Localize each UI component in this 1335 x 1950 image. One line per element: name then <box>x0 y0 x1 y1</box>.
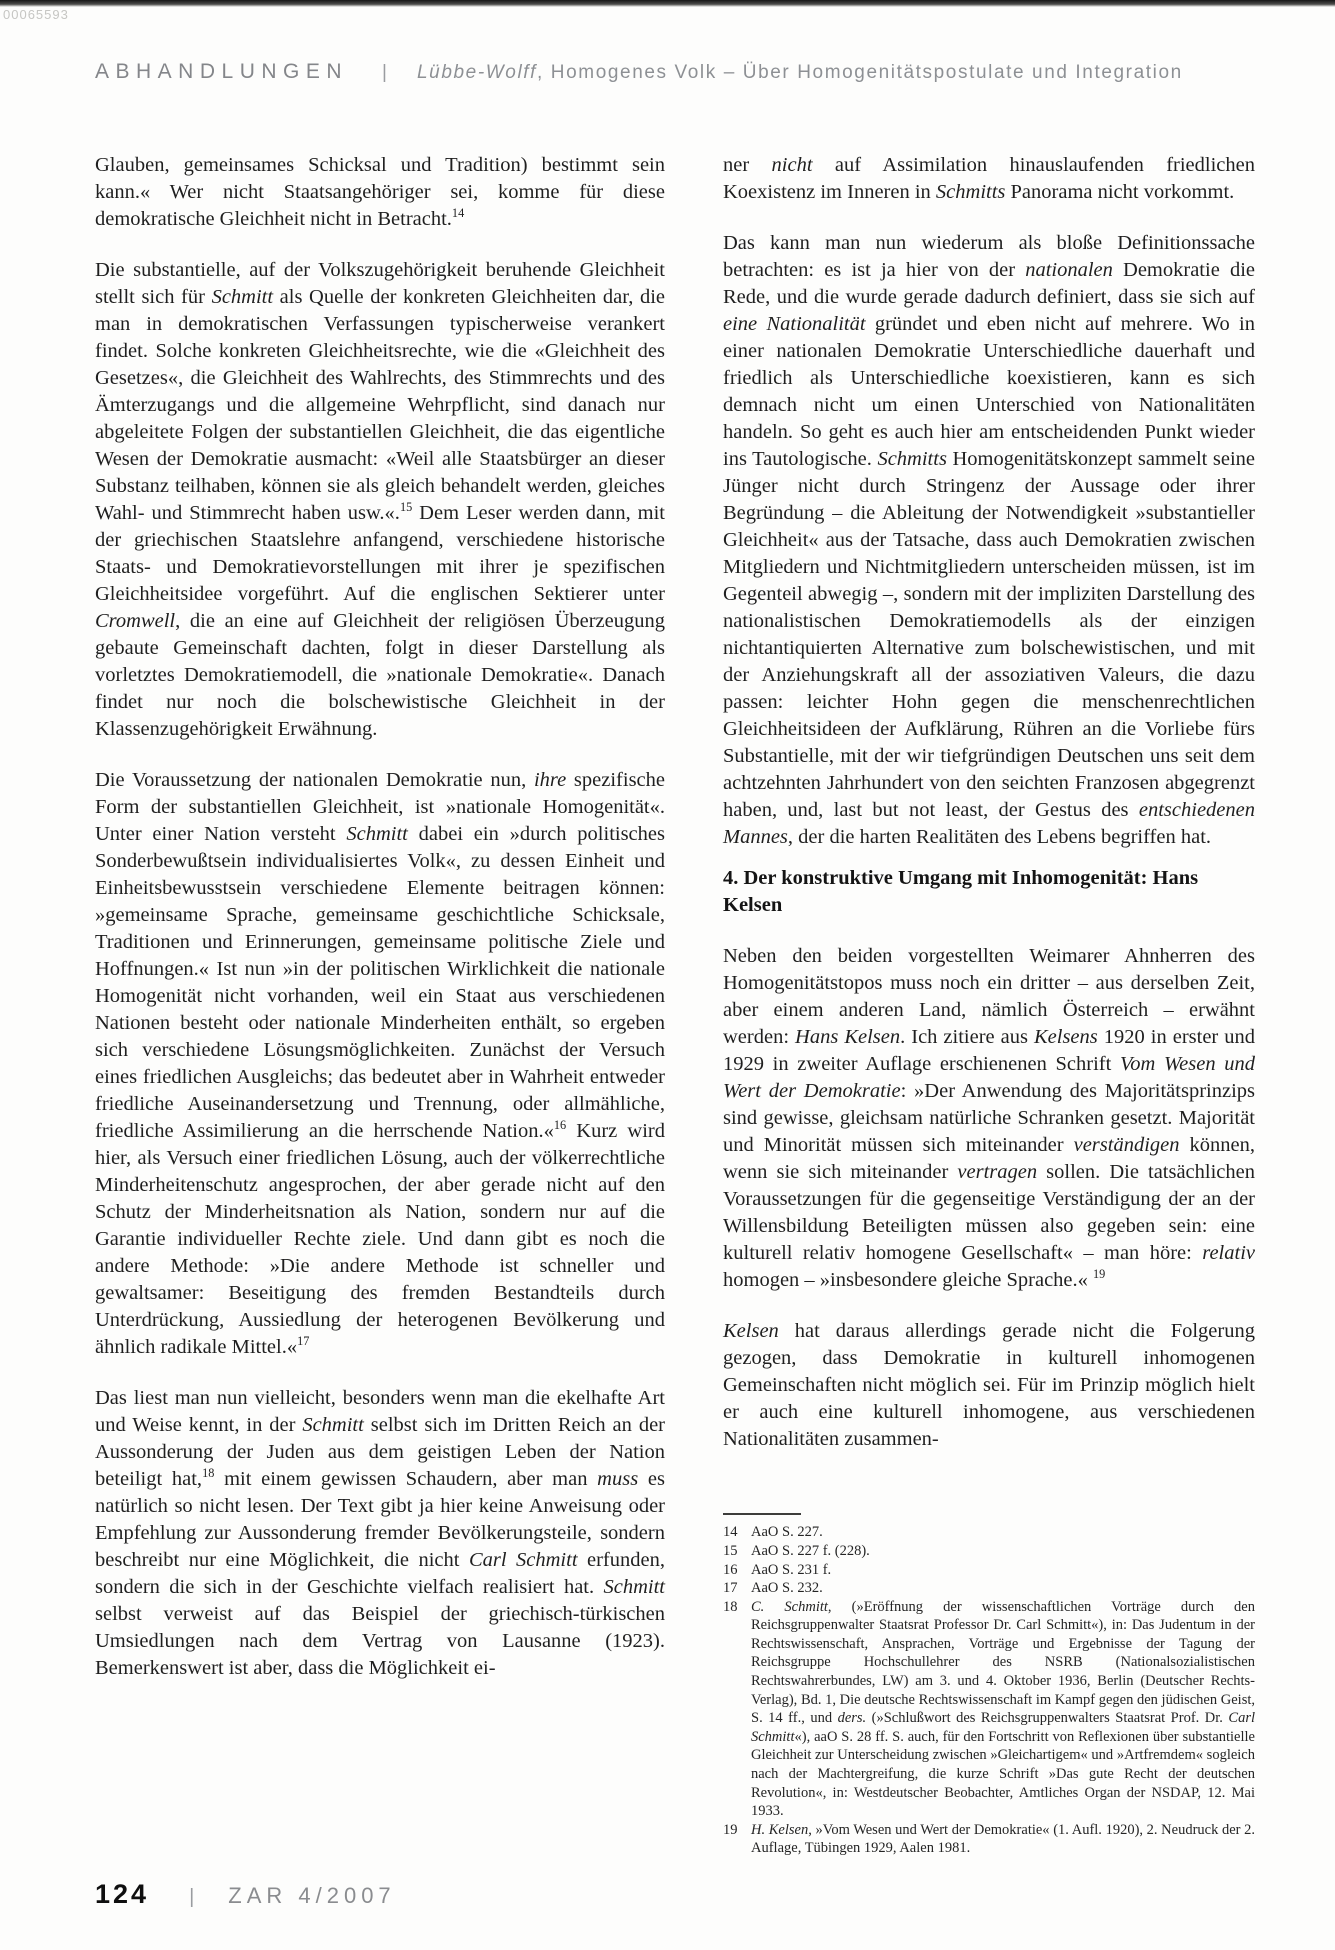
right-column-bottom-paragraphs: Neben den beiden vorgestellten Weimarer … <box>723 943 1255 1453</box>
footnote-17: 17AaO S. 232. <box>723 1579 1255 1598</box>
paragraph: Kelsen hat daraus allerdings gerade nich… <box>723 1318 1255 1453</box>
footnote-text: AaO S. 232. <box>751 1580 823 1596</box>
left-column: Glauben, gemeinsames Schicksal und Tradi… <box>95 152 665 1858</box>
paragraph: ner nicht auf Assimilation hinauslaufend… <box>723 152 1255 206</box>
page-footer: 124 | ZAR 4/2007 <box>95 1879 396 1910</box>
right-column: ner nicht auf Assimilation hinauslaufend… <box>723 152 1255 1858</box>
footnote-number: 18 <box>723 1598 738 1617</box>
footnote-number: 14 <box>723 1523 738 1542</box>
footnote-number: 19 <box>723 1821 738 1840</box>
footnote-rule <box>723 1513 801 1515</box>
footnote-text: C. Schmitt, (»Eröffnung der wissenschaft… <box>751 1599 1255 1820</box>
journal-issue: ZAR 4/2007 <box>228 1883 395 1909</box>
page-header: ABHANDLUNGEN | Lübbe-Wolff, Homogenes Vo… <box>95 60 1250 84</box>
footnote-number: 17 <box>723 1579 738 1598</box>
footnote-list: 14AaO S. 227.15AaO S. 227 f. (228).16AaO… <box>723 1523 1255 1858</box>
footnote-15: 15AaO S. 227 f. (228). <box>723 1542 1255 1561</box>
journal-page: 00065593 ABHANDLUNGEN | Lübbe-Wolff, Hom… <box>0 0 1335 1950</box>
footnote-19: 19H. Kelsen, »Vom Wesen und Wert der Dem… <box>723 1821 1255 1858</box>
scan-edge-artifact <box>0 0 1335 7</box>
footnote-number: 16 <box>723 1561 738 1580</box>
footnote-text: AaO S. 231 f. <box>751 1562 831 1578</box>
footnotes-block: 14AaO S. 227.15AaO S. 227 f. (228).16AaO… <box>723 1507 1255 1858</box>
header-separator: | <box>382 62 387 84</box>
footnote-number: 15 <box>723 1542 738 1561</box>
section-heading: 4. Der konstruktive Umgang mit Inhomogen… <box>723 865 1255 919</box>
right-column-top-paragraphs: ner nicht auf Assimilation hinauslaufend… <box>723 152 1255 851</box>
paragraph: Die Voraussetzung der nationalen Demokra… <box>95 767 665 1361</box>
paragraph: Die substantielle, auf der Volkszugehöri… <box>95 257 665 743</box>
paragraph: Das kann man nun wiederum als bloße Defi… <box>723 230 1255 851</box>
footnote-text: AaO S. 227. <box>751 1524 823 1540</box>
scan-id: 00065593 <box>3 7 69 22</box>
running-title: Lübbe-Wolff, Homogenes Volk – Über Homog… <box>417 62 1183 84</box>
paragraph: Das liest man nun vielleicht, besonders … <box>95 1385 665 1682</box>
section-rubric: ABHANDLUNGEN <box>95 60 348 84</box>
footnote-14: 14AaO S. 227. <box>723 1523 1255 1542</box>
paragraph: Glauben, gemeinsames Schicksal und Tradi… <box>95 152 665 233</box>
footnote-16: 16AaO S. 231 f. <box>723 1561 1255 1580</box>
paragraph: Neben den beiden vorgestellten Weimarer … <box>723 943 1255 1294</box>
two-column-body: Glauben, gemeinsames Schicksal und Tradi… <box>95 152 1255 1858</box>
footnote-text: H. Kelsen, »Vom Wesen und Wert der Demok… <box>751 1822 1255 1857</box>
footnote-text: AaO S. 227 f. (228). <box>751 1543 870 1559</box>
footer-separator: | <box>189 1886 194 1909</box>
footnote-18: 18C. Schmitt, (»Eröffnung der wissenscha… <box>723 1598 1255 1821</box>
page-number: 124 <box>95 1879 149 1910</box>
